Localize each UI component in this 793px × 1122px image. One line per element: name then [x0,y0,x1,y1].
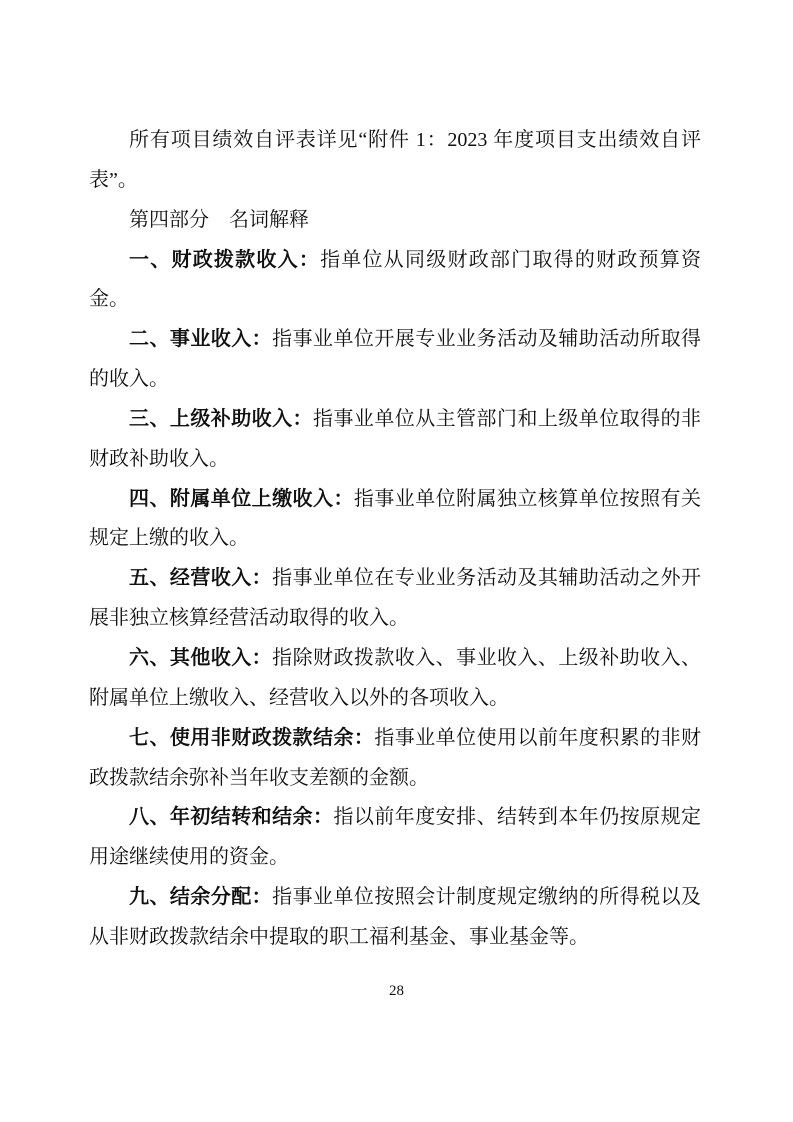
definition-paragraph: 七、使用非财政拨款结余：指事业单位使用以前年度积累的非财政拨款结余弥补当年收支差… [89,719,701,799]
definition-term: 五、经营收入： [129,567,272,589]
definition-paragraph: 九、结余分配：指事业单位按照会计制度规定缴纳的所得税以及从非财政拨款结余中提取的… [89,878,701,958]
intro-paragraph: 所有项目绩效自评表详见“附件 1：2023 年度项目支出绩效自评表”。 [89,121,701,201]
definition-paragraph: 五、经营收入：指事业单位在专业业务活动及其辅助活动之外开展非独立核算经营活动取得… [89,559,701,639]
definition-term: 二、事业收入： [129,328,272,350]
document-body: 所有项目绩效自评表详见“附件 1：2023 年度项目支出绩效自评表”。 第四部分… [89,121,701,958]
definition-term: 七、使用非财政拨款结余： [129,727,374,749]
definition-term: 一、财政拨款收入： [129,249,320,271]
page-number: 28 [0,981,793,1001]
definition-term: 八、年初结转和结余： [129,806,333,828]
intro-text: 所有项目绩效自评表详见“附件 1：2023 年度项目支出绩效自评表”。 [89,129,701,191]
definition-paragraph: 八、年初结转和结余：指以前年度安排、结转到本年仍按原规定用途继续使用的资金。 [89,798,701,878]
document-page: 所有项目绩效自评表详见“附件 1：2023 年度项目支出绩效自评表”。 第四部分… [0,0,793,1122]
definition-paragraph: 三、上级补助收入：指事业单位从主管部门和上级单位取得的非财政补助收入。 [89,400,701,480]
definition-paragraph: 四、附属单位上缴收入：指事业单位附属独立核算单位按照有关规定上缴的收入。 [89,480,701,560]
section-heading-text: 第四部分 名词解释 [129,209,309,231]
definition-term: 六、其他收入： [129,647,272,669]
section-heading: 第四部分 名词解释 [89,201,701,241]
definition-term: 四、附属单位上缴收入： [129,488,354,510]
definition-paragraph: 六、其他收入：指除财政拨款收入、事业收入、上级补助收入、附属单位上缴收入、经营收… [89,639,701,719]
definition-term: 三、上级补助收入： [129,408,313,430]
definition-term: 九、结余分配： [129,886,272,908]
definition-paragraph: 一、财政拨款收入：指单位从同级财政部门取得的财政预算资金。 [89,241,701,321]
definition-paragraph: 二、事业收入：指事业单位开展专业业务活动及辅助活动所取得的收入。 [89,320,701,400]
